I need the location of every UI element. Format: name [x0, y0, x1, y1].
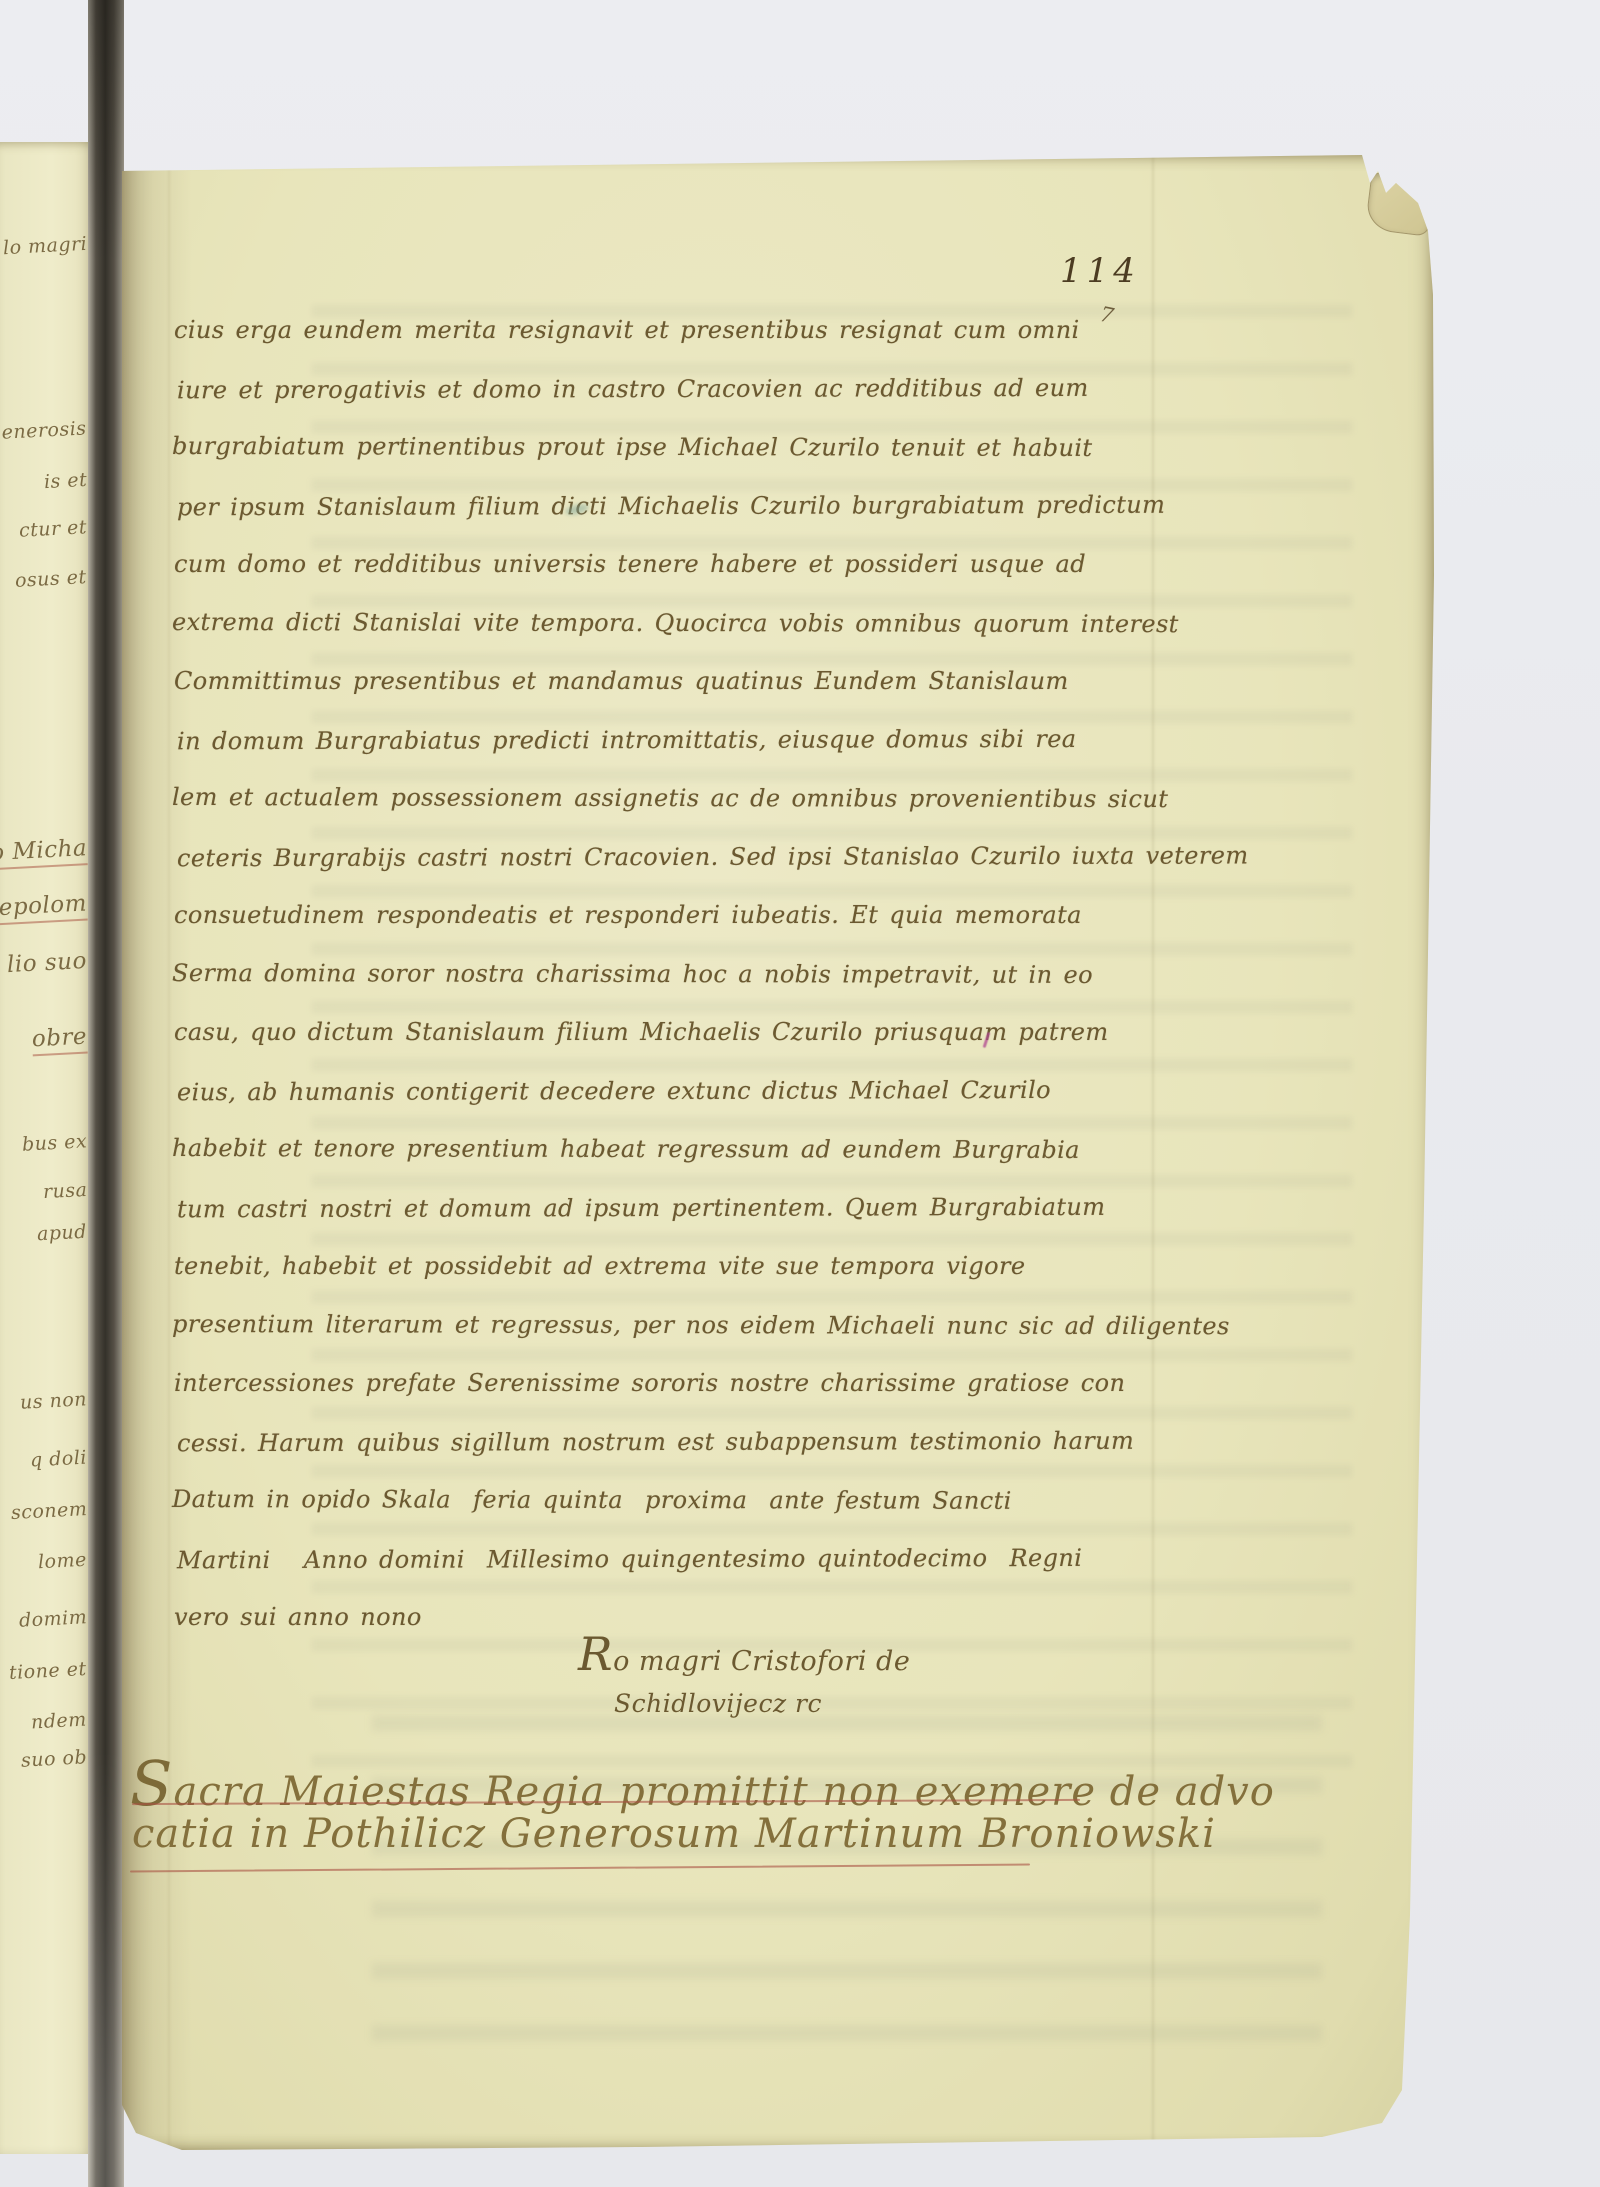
index-heading-line: Sacra Maiestas Regia promittit non exeme…: [130, 1747, 1275, 1820]
manuscript-line: presentium literarum et regressus, per n…: [172, 1294, 1132, 1355]
index-heading-line: catia in Pothilicz Generosum Martinum Br…: [132, 1811, 1216, 1857]
manuscript-line: lem et actualem possessionem assignetis …: [172, 768, 1132, 829]
red-underline: [130, 1863, 1030, 1872]
manuscript-line: per ipsum Stanislaum filium dicti Michae…: [177, 475, 1137, 536]
margin-fragment: q doli: [29, 1447, 87, 1472]
manuscript-line: Committimus presentibus et mandamus quat…: [174, 652, 1134, 711]
margin-fragment: domim: [18, 1606, 87, 1632]
book-spine: [88, 0, 124, 2187]
margin-fragment: bus ex: [21, 1130, 87, 1155]
manuscript-line: ceteris Burgrabijs castri nostri Cracovi…: [177, 826, 1137, 887]
margin-fragment: osus et: [15, 566, 88, 592]
margin-fragment: sconem: [10, 1498, 87, 1524]
manuscript-line: eius, ab humanis contigerit decedere ext…: [177, 1060, 1137, 1121]
margin-fragment: us non: [20, 1388, 88, 1413]
manuscript-line: intercessiones prefate Serenissime soror…: [174, 1354, 1134, 1413]
manuscript-line: tenebit, habebit et possidebit ad extrem…: [174, 1237, 1134, 1296]
margin-fragment: ctur et: [18, 516, 87, 542]
margin-fragment: obre: [31, 1024, 88, 1057]
relatio-line: Schidlovijecz rc: [614, 1689, 822, 1718]
manuscript-line: cessi. Harum quibus sigillum nostrum est…: [177, 1411, 1137, 1472]
margin-fragment: lo magri: [2, 233, 87, 259]
manuscript-line: Martini Anno domini Millesimo quingentes…: [177, 1528, 1137, 1589]
manuscript-line: iure et prerogativis et domo in castro C…: [177, 358, 1137, 419]
facing-page-edge: lo magri Generosis is et ctur et osus et…: [0, 142, 94, 2154]
relatio-line: Ro magri Cristofori de: [578, 1627, 910, 1681]
damaged-corner: [1365, 171, 1436, 236]
manuscript-line: consuetudinem respondeatis et responderi…: [174, 886, 1134, 945]
manuscript-line: cius erga eundem merita resignavit et pr…: [174, 301, 1134, 360]
margin-fragment: iepolom: [0, 891, 88, 926]
margin-fragment: rusa: [42, 1179, 87, 1203]
margin-fragment: apud: [37, 1221, 88, 1246]
manuscript-line: Datum in opido Skala feria quinta proxim…: [172, 1470, 1132, 1531]
manuscript-line: tum castri nostri et domum ad ipsum pert…: [177, 1177, 1137, 1238]
manuscript-line: burgrabiatum pertinentibus prout ipse Mi…: [172, 417, 1132, 478]
margin-fragment: lio suo: [7, 948, 88, 978]
manuscript-text-block: cius erga eundem merita resignavit et pr…: [174, 301, 1134, 1647]
margin-fragment: is et: [43, 469, 87, 493]
margin-fragment: lome: [38, 1549, 88, 1574]
manuscript-line: extrema dicti Stanislai vite tempora. Qu…: [172, 592, 1132, 653]
margin-fragment: ndem: [31, 1709, 88, 1734]
manuscript-page: 114 7 cius erga eundem merita resignavit…: [122, 155, 1434, 2150]
page-number: 114: [1060, 251, 1140, 291]
manuscript-line: Serma domina soror nostra charissima hoc…: [172, 943, 1132, 1004]
manuscript-line: habebit et tenore presentium habeat regr…: [172, 1119, 1132, 1180]
manuscript-line: in domum Burgrabiatus predicti intromitt…: [177, 709, 1137, 770]
margin-fragment: so Micha: [0, 835, 88, 871]
margin-fragment: tione et: [9, 1658, 88, 1684]
margin-fragment: suo ob: [20, 1746, 87, 1771]
manuscript-line: cum domo et redditibus universis tenere …: [174, 535, 1134, 594]
margin-fragment: Generosis: [0, 417, 88, 444]
